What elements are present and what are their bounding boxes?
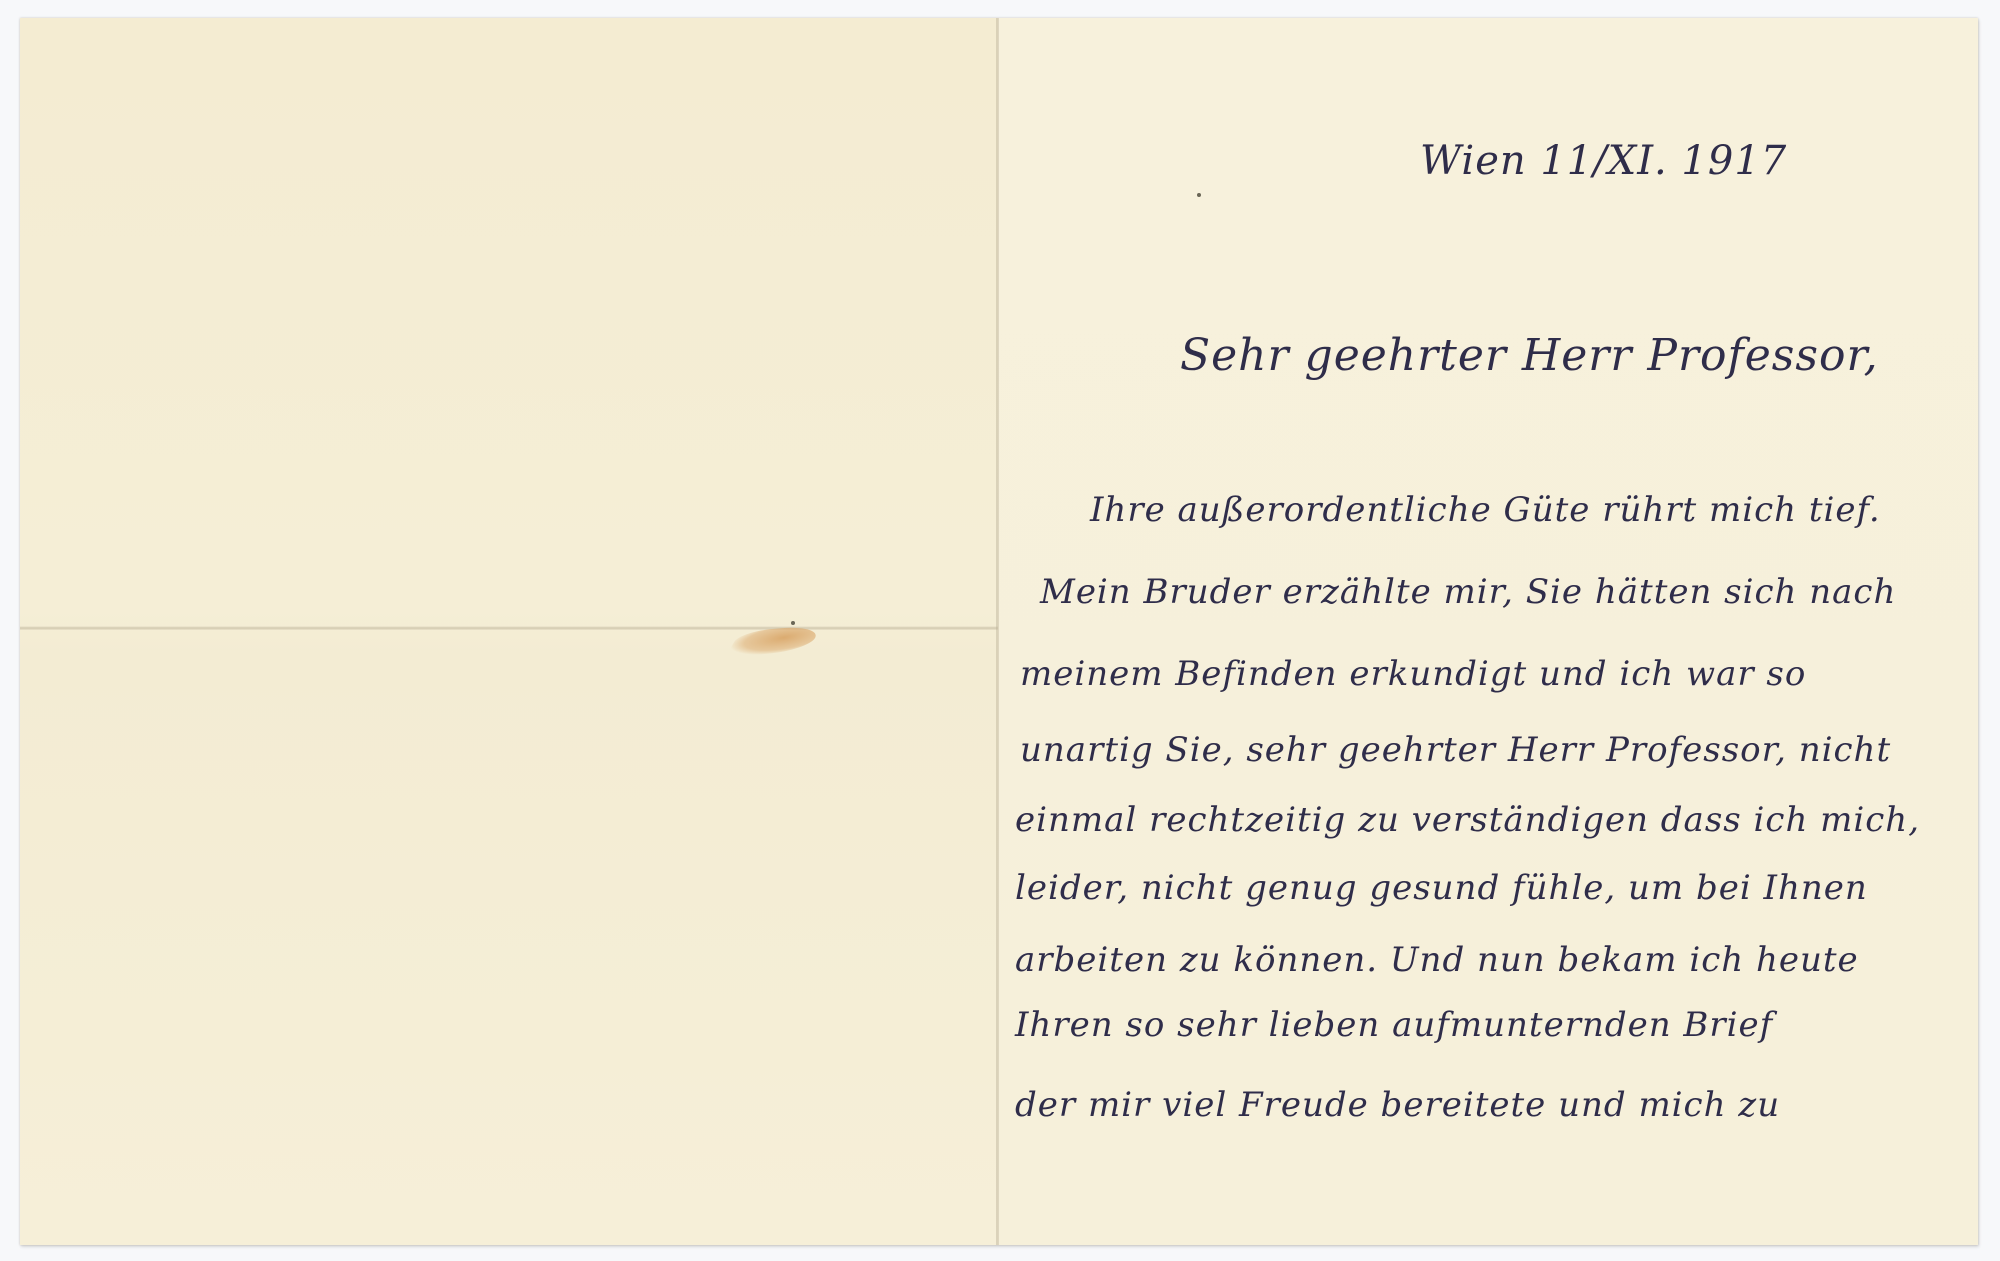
body-line: Ihren so sehr lieben aufmunternden Brief [1015, 1005, 1773, 1045]
body-line: Ihre außerordentliche Güte rührt mich ti… [1090, 490, 1881, 530]
body-line: unartig Sie, sehr geehrter Herr Professo… [1020, 730, 1891, 770]
ink-speck [791, 621, 795, 625]
right-page-letter [998, 18, 1978, 1245]
center-fold-spine [996, 18, 999, 1245]
body-line: Mein Bruder erzählte mir, Sie hätten sic… [1040, 572, 1896, 612]
body-line: arbeiten zu können. Und nun bekam ich he… [1015, 940, 1859, 980]
body-line: meinem Befinden erkundigt und ich war so [1020, 654, 1806, 694]
body-line: einmal rechtzeitig zu verständigen dass … [1015, 800, 1920, 840]
body-line: leider, nicht genug gesund fühle, um bei… [1015, 868, 1868, 908]
letter-sheet [20, 18, 1978, 1245]
letter-salutation: Sehr geehrter Herr Professor, [1180, 330, 1879, 381]
left-page-blank [20, 18, 998, 1245]
horizontal-fold-crease [20, 626, 998, 630]
ink-speck [1197, 193, 1201, 197]
letter-date: Wien 11/XI. 1917 [1420, 138, 1787, 184]
body-line: der mir viel Freude bereitete und mich z… [1015, 1085, 1780, 1125]
